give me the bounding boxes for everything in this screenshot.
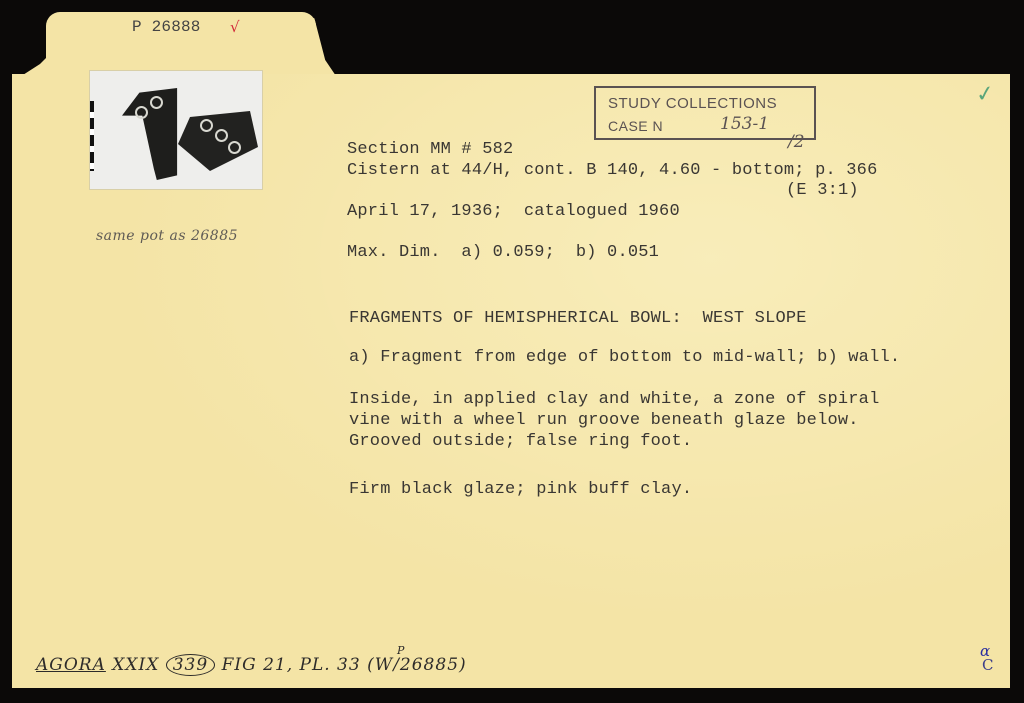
fabric-line: Firm black glaze; pink buff clay. xyxy=(349,480,692,499)
spiral-decoration-icon xyxy=(228,141,241,154)
object-photograph xyxy=(89,70,263,190)
case-number: 153-1 xyxy=(720,114,769,134)
scale-bar xyxy=(90,101,94,171)
letter-mark: C xyxy=(982,656,993,674)
object-title: FRAGMENTS OF HEMISPHERICAL BOWL: WEST SL… xyxy=(349,309,807,328)
spiral-decoration-icon xyxy=(200,119,213,132)
spiral-decoration-icon xyxy=(150,96,163,109)
catalog-number: 339 xyxy=(166,654,215,676)
findspot-grid-ref: (E 3:1) xyxy=(786,181,859,200)
publication-series: AGORA xyxy=(36,655,106,675)
stamp-title: STUDY COLLECTIONS xyxy=(608,95,777,112)
publication-reference: AGORA XXIX 339 FIG 21, PL. 33 (W/26885) xyxy=(36,655,467,675)
spiral-decoration-icon xyxy=(135,106,148,119)
section-line: Section MM # 582 xyxy=(347,140,513,159)
description-line: Inside, in applied clay and white, a zon… xyxy=(349,390,880,409)
description-line: Grooved outside; false ring foot. xyxy=(349,432,692,451)
with-reference: (W/26885) xyxy=(367,655,467,675)
case-number-fraction: /2 xyxy=(788,132,805,152)
study-collections-stamp: STUDY COLLECTIONS CASE N 153-1 /2 xyxy=(594,86,816,140)
green-check-mark: ✓ xyxy=(974,81,996,108)
with-reference-prefix: P xyxy=(397,644,404,657)
stamp-case-label: CASE N xyxy=(608,118,663,134)
red-check-mark: √ xyxy=(230,18,240,36)
publication-volume: XXIX xyxy=(112,655,159,675)
figure-plate: FIG 21, PL. 33 xyxy=(222,655,361,675)
dates-line: April 17, 1936; catalogued 1960 xyxy=(347,202,680,221)
description-line: vine with a wheel run groove beneath gla… xyxy=(349,411,859,430)
dimensions-line: Max. Dim. a) 0.059; b) 0.051 xyxy=(347,243,659,262)
parts-line: a) Fragment from edge of bottom to mid-w… xyxy=(349,348,900,367)
findspot-line: Cistern at 44/H, cont. B 140, 4.60 - bot… xyxy=(347,161,878,180)
inventory-number: P 26888 xyxy=(132,18,201,36)
handwritten-note: same pot as 26885 xyxy=(96,228,238,244)
spiral-decoration-icon xyxy=(215,129,228,142)
